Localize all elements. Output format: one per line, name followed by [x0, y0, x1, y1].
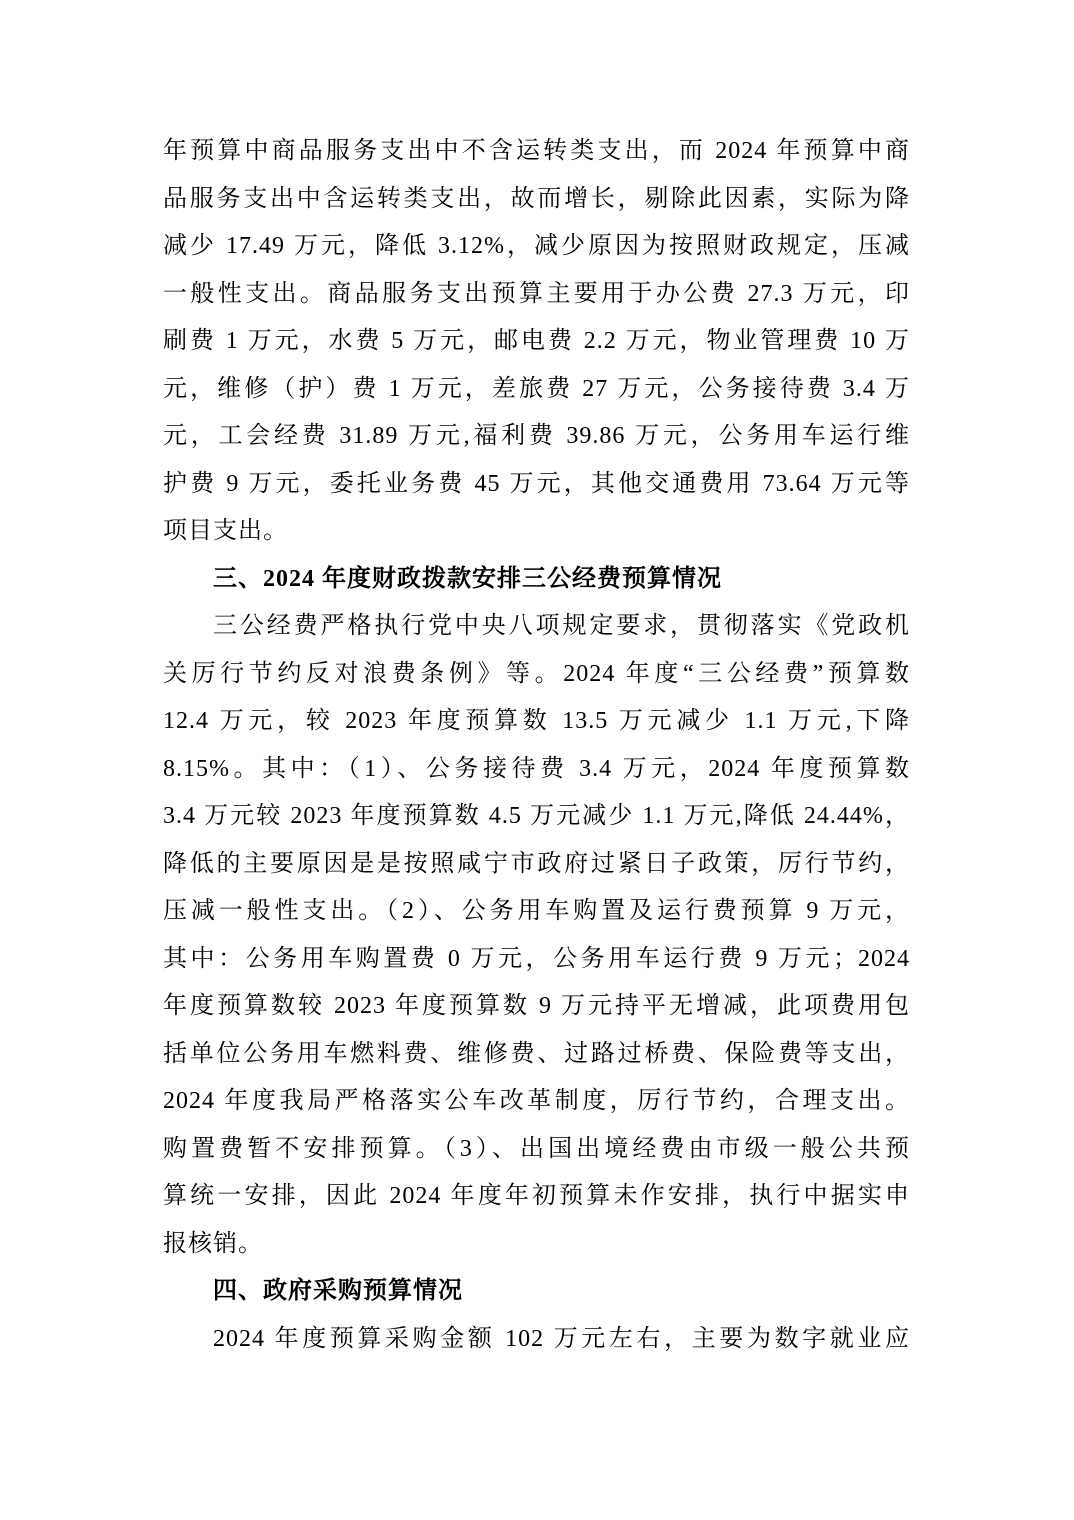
text-line: 项目支出。 [163, 508, 910, 556]
text-line: 算统一安排，因此 2024 年度年初预算未作安排，执行中据实申 [163, 1173, 910, 1221]
document-page: 年预算中商品服务支出中不含运转类支出，而 2024 年预算中商 品服务支出中含运… [0, 0, 1074, 1520]
text-line: 降低的主要原因是是按照咸宁市政府过紧日子政策，厉行节约， [163, 841, 910, 889]
text-line: 12.4 万元，较 2023 年度预算数 13.5 万元减少 1.1 万元,下降 [163, 698, 910, 746]
text-line: 关厉行节约反对浪费条例》等。2024 年度“三公经费”预算数 [163, 651, 910, 699]
section-heading-three: 三、2024 年度财政拨款安排三公经费预算情况 [163, 556, 910, 604]
text-line: 年度预算数较 2023 年度预算数 9 万元持平无增减，此项费用包 [163, 983, 910, 1031]
text-line: 压减一般性支出。（2）、公务用车购置及运行费预算 9 万元， [163, 888, 910, 936]
text-line: 元，工会经费 31.89 万元,福利费 39.86 万元，公务用车运行维 [163, 413, 910, 461]
text-line: 年预算中商品服务支出中不含运转类支出，而 2024 年预算中商 [163, 128, 910, 176]
text-line: 2024 年度我局严格落实公车改革制度，厉行节约，合理支出。 [163, 1078, 910, 1126]
text-line: 其中：公务用车购置费 0 万元，公务用车运行费 9 万元；2024 [163, 936, 910, 984]
text-line: 护费 9 万元，委托业务费 45 万元，其他交通费用 73.64 万元等 [163, 461, 910, 509]
section-heading-four: 四、政府采购预算情况 [163, 1268, 910, 1316]
text-content: 年预算中商品服务支出中不含运转类支出，而 2024 年预算中商 品服务支出中含运… [163, 128, 910, 1363]
text-line: 购置费暂不安排预算。（3）、出国出境经费由市级一般公共预 [163, 1126, 910, 1174]
text-line: 刷费 1 万元，水费 5 万元，邮电费 2.2 万元，物业管理费 10 万 [163, 318, 910, 366]
text-line: 减少 17.49 万元，降低 3.12%，减少原因为按照财政规定，压减 [163, 223, 910, 271]
text-line: 报核销。 [163, 1221, 910, 1269]
text-line: 一般性支出。商品服务支出预算主要用于办公费 27.3 万元，印 [163, 271, 910, 319]
text-line: 3.4 万元较 2023 年度预算数 4.5 万元减少 1.1 万元,降低 24… [163, 793, 910, 841]
text-line: 括单位公务用车燃料费、维修费、过路过桥费、保险费等支出， [163, 1031, 910, 1079]
text-line: 8.15%。其中：（1）、公务接待费 3.4 万元，2024 年度预算数 [163, 746, 910, 794]
text-line: 2024 年度预算采购金额 102 万元左右，主要为数字就业应 [163, 1316, 910, 1364]
text-line: 三公经费严格执行党中央八项规定要求，贯彻落实《党政机 [163, 603, 910, 651]
text-line: 元，维修（护）费 1 万元，差旅费 27 万元，公务接待费 3.4 万 [163, 366, 910, 414]
text-line: 品服务支出中含运转类支出，故而增长，剔除此因素，实际为降 [163, 176, 910, 224]
